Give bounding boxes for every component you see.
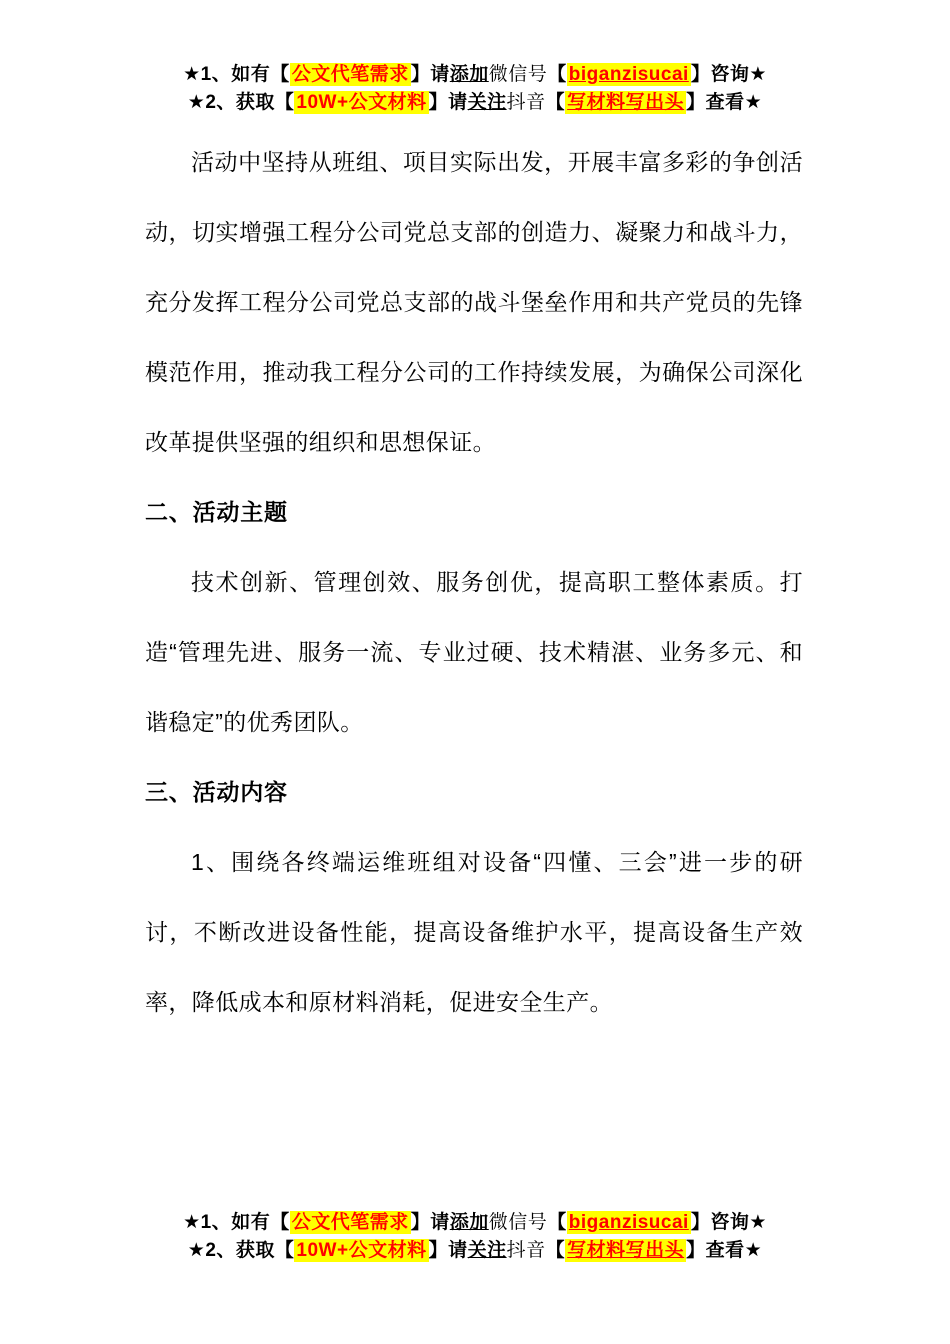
promo-text: 【	[547, 1212, 567, 1233]
heading-activity-content: 三、活动内容	[145, 757, 803, 827]
promo-text: 】查看★	[686, 92, 762, 113]
promo-text: ★1、如有【	[183, 64, 290, 85]
promo-text: 】请	[411, 1212, 450, 1233]
promo-text: ★2、获取【	[188, 1240, 295, 1261]
promo-douyin-label: 抖音	[507, 1240, 546, 1261]
promo-highlight-writing-service: 公文代笔需求	[290, 1211, 411, 1234]
header-promo-line-1: ★1、如有【公文代笔需求】请添加微信号【biganzisucai】咨询★	[0, 61, 950, 89]
promo-douyin-id: 写材料写出头	[565, 91, 686, 114]
footer-promo-banner: ★1、如有【公文代笔需求】请添加微信号【biganzisucai】咨询★ ★2、…	[0, 1209, 950, 1265]
promo-text: 【	[547, 64, 567, 85]
promo-wechat-id: biganzisucai	[567, 63, 691, 86]
promo-douyin-label: 抖音	[507, 92, 546, 113]
promo-follow-action: 关注	[468, 92, 507, 113]
promo-highlight-writing-service: 公文代笔需求	[290, 63, 411, 86]
promo-text: ★1、如有【	[183, 1212, 290, 1233]
promo-text: 【	[546, 1240, 566, 1261]
promo-highlight-materials: 10W+公文材料	[294, 91, 428, 114]
promo-text: 】咨询★	[691, 1212, 767, 1233]
promo-text: 】咨询★	[691, 64, 767, 85]
promo-douyin-id: 写材料写出头	[565, 1239, 686, 1262]
promo-wechat-label: 微信号	[489, 64, 548, 85]
promo-add-action: 添加	[450, 64, 489, 85]
promo-add-action: 添加	[450, 1212, 489, 1233]
document-body: 活动中坚持从班组、项目实际出发，开展丰富多彩的争创活动，切实增强工程分公司党总支…	[145, 127, 803, 1037]
paragraph-activity-intro: 活动中坚持从班组、项目实际出发，开展丰富多彩的争创活动，切实增强工程分公司党总支…	[145, 127, 803, 477]
promo-text: 】请	[411, 64, 450, 85]
header-promo-line-2: ★2、获取【10W+公文材料】请关注抖音【写材料写出头】查看★	[0, 89, 950, 117]
promo-follow-action: 关注	[468, 1240, 507, 1261]
promo-text: 【	[546, 92, 566, 113]
promo-text: 】请	[429, 1240, 468, 1261]
header-promo-banner: ★1、如有【公文代笔需求】请添加微信号【biganzisucai】咨询★ ★2、…	[0, 61, 950, 117]
footer-promo-line-1: ★1、如有【公文代笔需求】请添加微信号【biganzisucai】咨询★	[0, 1209, 950, 1237]
promo-wechat-id: biganzisucai	[567, 1211, 691, 1234]
paragraph-theme-detail: 技术创新、管理创效、服务创优，提高职工整体素质。打造“管理先进、服务一流、专业过…	[145, 547, 803, 757]
promo-text: 】查看★	[686, 1240, 762, 1261]
document-page: ★1、如有【公文代笔需求】请添加微信号【biganzisucai】咨询★ ★2、…	[0, 0, 950, 1344]
promo-wechat-label: 微信号	[489, 1212, 548, 1233]
heading-activity-theme: 二、活动主题	[145, 477, 803, 547]
promo-text: 】请	[429, 92, 468, 113]
paragraph-content-item-1: 1、围绕各终端运维班组对设备“四懂、三会”进一步的研讨，不断改进设备性能，提高设…	[145, 827, 803, 1037]
promo-text: ★2、获取【	[188, 92, 295, 113]
footer-promo-line-2: ★2、获取【10W+公文材料】请关注抖音【写材料写出头】查看★	[0, 1237, 950, 1265]
promo-highlight-materials: 10W+公文材料	[294, 1239, 428, 1262]
